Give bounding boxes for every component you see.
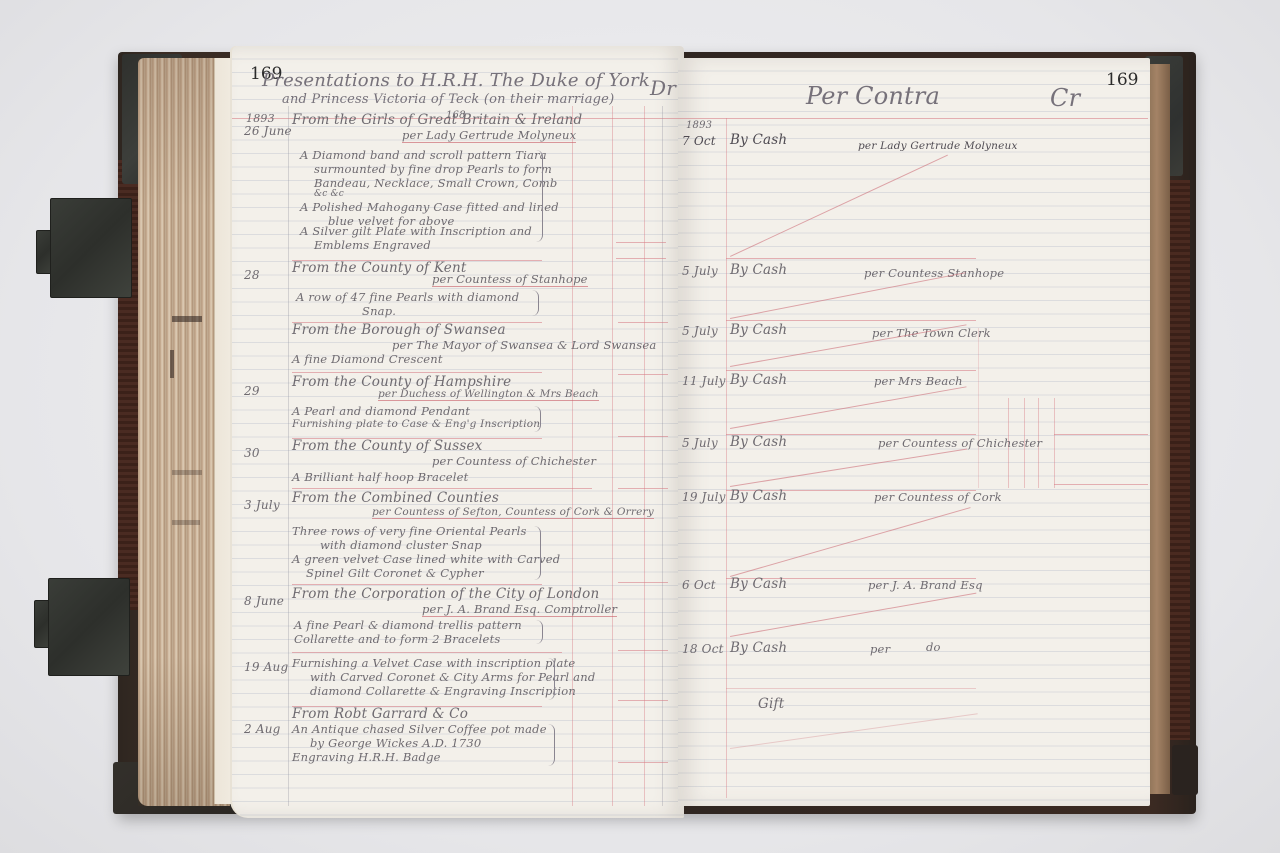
amount-rule	[618, 700, 668, 701]
brace	[548, 724, 555, 766]
fore-edge-mark	[172, 316, 202, 322]
entry-item: Three rows of very fine Oriental Pearls	[292, 524, 527, 538]
debit-mark: Dr	[650, 76, 676, 100]
entry-rule	[292, 584, 542, 585]
entry-rule	[292, 488, 592, 489]
entry-from: From the County of Sussex	[292, 438, 482, 454]
entry-from: From the Corporation of the City of Lond…	[292, 586, 599, 602]
entry-item: A green velvet Case lined white with Car…	[292, 552, 560, 566]
fore-edge-mark	[172, 520, 200, 525]
credit-per: per	[870, 642, 890, 656]
entry-per: per Countess of Chichester	[432, 454, 596, 468]
entry-date: 26 June	[244, 124, 292, 138]
credit-by: By Cash	[730, 576, 787, 592]
entry-rule	[726, 320, 976, 321]
amount-column-rule	[644, 106, 645, 806]
amount-column-rule	[612, 106, 613, 806]
entry-rule	[726, 258, 976, 259]
credit-mark: Cr	[1050, 84, 1080, 112]
entry-item: A Diamond band and scroll pattern Tiara	[300, 148, 547, 162]
entry-rule	[292, 372, 542, 373]
entry-item: with diamond cluster Snap	[320, 538, 482, 552]
date-column-rule	[726, 118, 727, 798]
entry-from: From the Borough of Swansea	[292, 322, 506, 338]
page-title: Per Contra	[806, 82, 940, 110]
entry-date: 8 June	[244, 594, 284, 608]
credit-by: By Cash	[730, 132, 787, 148]
metal-corner-bottom-right	[1172, 745, 1198, 795]
metal-clasp-bottom	[48, 578, 130, 676]
entry-item: A Brilliant half hoop Bracelet	[292, 470, 468, 484]
entry-item: A fine Diamond Crescent	[292, 352, 443, 366]
amount-rule	[1054, 434, 1148, 435]
entry-per: per The Mayor of Swansea & Lord Swansea	[392, 338, 656, 352]
credit-date: 7 Oct	[682, 134, 716, 148]
credit-per: per Countess of Chichester	[878, 436, 1042, 450]
amount-rule	[618, 650, 668, 651]
cancel-stroke	[730, 593, 976, 637]
right-ledger-page: 169 Per Contra Cr 1893 7 Oct By Cash per…	[678, 58, 1150, 806]
amount-rule	[618, 436, 668, 437]
entry-rule	[292, 652, 562, 653]
entry-date: 30	[244, 446, 260, 460]
credit-date: 19 July	[682, 490, 726, 504]
credit-per: per Lady Gertrude Molyneux	[858, 140, 1018, 152]
amount-rule	[618, 374, 668, 375]
credit-date: 5 July	[682, 324, 718, 338]
credit-date: 11 July	[682, 374, 726, 388]
entry-item: Collarette and to form 2 Bracelets	[294, 632, 501, 646]
entry-item: Spinel Gilt Coronet & Cypher	[306, 566, 484, 580]
entry-item: &c &c	[314, 189, 344, 199]
entry-item: diamond Collarette & Engraving Inscripti…	[310, 684, 576, 698]
entry-date: 28	[244, 268, 260, 282]
entry-from: From the Girls of Great Britain & Irelan…	[292, 112, 582, 128]
entry-date: 2 Aug	[244, 722, 281, 736]
credit-date: 6 Oct	[682, 578, 716, 592]
amount-rule	[618, 762, 668, 763]
brace	[532, 290, 539, 316]
brace	[534, 526, 541, 580]
date-column-rule	[288, 106, 289, 806]
column-rule	[978, 328, 979, 488]
credit-date: 5 July	[682, 436, 718, 450]
entry-item: by George Wickes A.D. 1730	[310, 736, 481, 750]
brace	[548, 658, 555, 700]
credit-per: per Countess of Cork	[874, 490, 1002, 504]
credit-by: By Cash	[730, 434, 787, 450]
amount-rule	[1054, 484, 1148, 485]
page-number-right: 169	[1106, 70, 1138, 90]
entry-item: Emblems Engraved	[314, 238, 431, 252]
footer-note: Gift	[758, 696, 784, 712]
credit-per: per J. A. Brand Esq	[868, 578, 983, 592]
amount-column-rule	[662, 106, 663, 806]
entry-item: An Antique chased Silver Coffee pot made	[292, 722, 547, 736]
entry-item: Furnishing a Velvet Case with inscriptio…	[292, 656, 575, 670]
entry-date: 3 July	[244, 498, 280, 512]
brace	[536, 620, 543, 644]
entry-per: per J. A. Brand Esq. Comptroller	[422, 602, 617, 617]
amount-column-rule	[1054, 398, 1055, 488]
metal-clasp-top	[50, 198, 132, 298]
brace	[536, 150, 543, 242]
entry-item: A row of 47 fine Pearls with diamond	[296, 290, 519, 304]
credit-ditto: do	[926, 640, 941, 654]
entry-per: per Duchess of Wellington & Mrs Beach	[378, 388, 599, 401]
credit-date: 5 July	[682, 264, 718, 278]
entry-per: per Countess of Stanhope	[432, 272, 588, 287]
entry-from: From Robt Garrard & Co	[292, 706, 468, 722]
credit-by: By Cash	[730, 262, 787, 278]
entry-rule	[726, 688, 976, 689]
credit-by: By Cash	[730, 372, 787, 388]
entry-date: 29	[244, 384, 260, 398]
entry-item: A Polished Mahogany Case fitted and line…	[300, 200, 559, 214]
entry-item: A Pearl and diamond Pendant	[292, 404, 470, 418]
cover-edge-right	[1168, 180, 1190, 740]
credit-per: per Mrs Beach	[874, 374, 963, 388]
fore-edge-mark	[170, 350, 174, 378]
entry-rule	[726, 370, 976, 371]
left-ledger-page: 169 Presentations to H.R.H. The Duke of …	[232, 46, 684, 818]
entry-from: From the Combined Counties	[292, 490, 499, 506]
entry-item: Snap.	[362, 304, 396, 318]
credit-by: By Cash	[730, 488, 787, 504]
amount-rule	[618, 582, 668, 583]
entry-item: A fine Pearl & diamond trellis pattern	[294, 618, 522, 632]
credit-date: 18 Oct	[682, 642, 724, 656]
cancel-stroke	[730, 155, 948, 257]
amount-rule	[616, 242, 666, 243]
header-rule	[678, 118, 1148, 119]
amount-rule	[616, 258, 666, 259]
credit-by: By Cash	[730, 640, 787, 656]
cancel-stroke	[730, 386, 967, 429]
amount-rule	[618, 488, 668, 489]
entry-per: per Countess of Sefton, Countess of Cork…	[372, 506, 654, 519]
cancel-stroke	[730, 272, 966, 319]
entry-item: Engraving H.R.H. Badge	[292, 750, 441, 764]
cancel-stroke	[730, 713, 978, 749]
entry-item: surmounted by fine drop Pearls to form	[314, 162, 552, 176]
entry-item: Bandeau, Necklace, Small Crown, Comb	[314, 176, 557, 190]
fore-edge-mark	[172, 470, 202, 475]
entry-per: per Lady Gertrude Molyneux	[402, 128, 576, 143]
page-title-line-2: and Princess Victoria of Teck (on their …	[282, 92, 614, 107]
cancel-stroke	[730, 507, 971, 577]
cancel-stroke	[730, 448, 967, 487]
credit-by: By Cash	[730, 322, 787, 338]
page-title-line-1: Presentations to H.R.H. The Duke of York	[262, 70, 650, 91]
entry-date: 19 Aug	[244, 660, 288, 674]
entry-item: A Silver gilt Plate with Inscription and	[300, 224, 532, 238]
brace	[534, 406, 541, 432]
entry-item: Furnishing plate to Case & Eng'g Inscrip…	[292, 418, 540, 430]
right-page-fore-edge	[1148, 64, 1170, 794]
year-label: 1893	[686, 120, 712, 131]
amount-rule	[618, 322, 668, 323]
